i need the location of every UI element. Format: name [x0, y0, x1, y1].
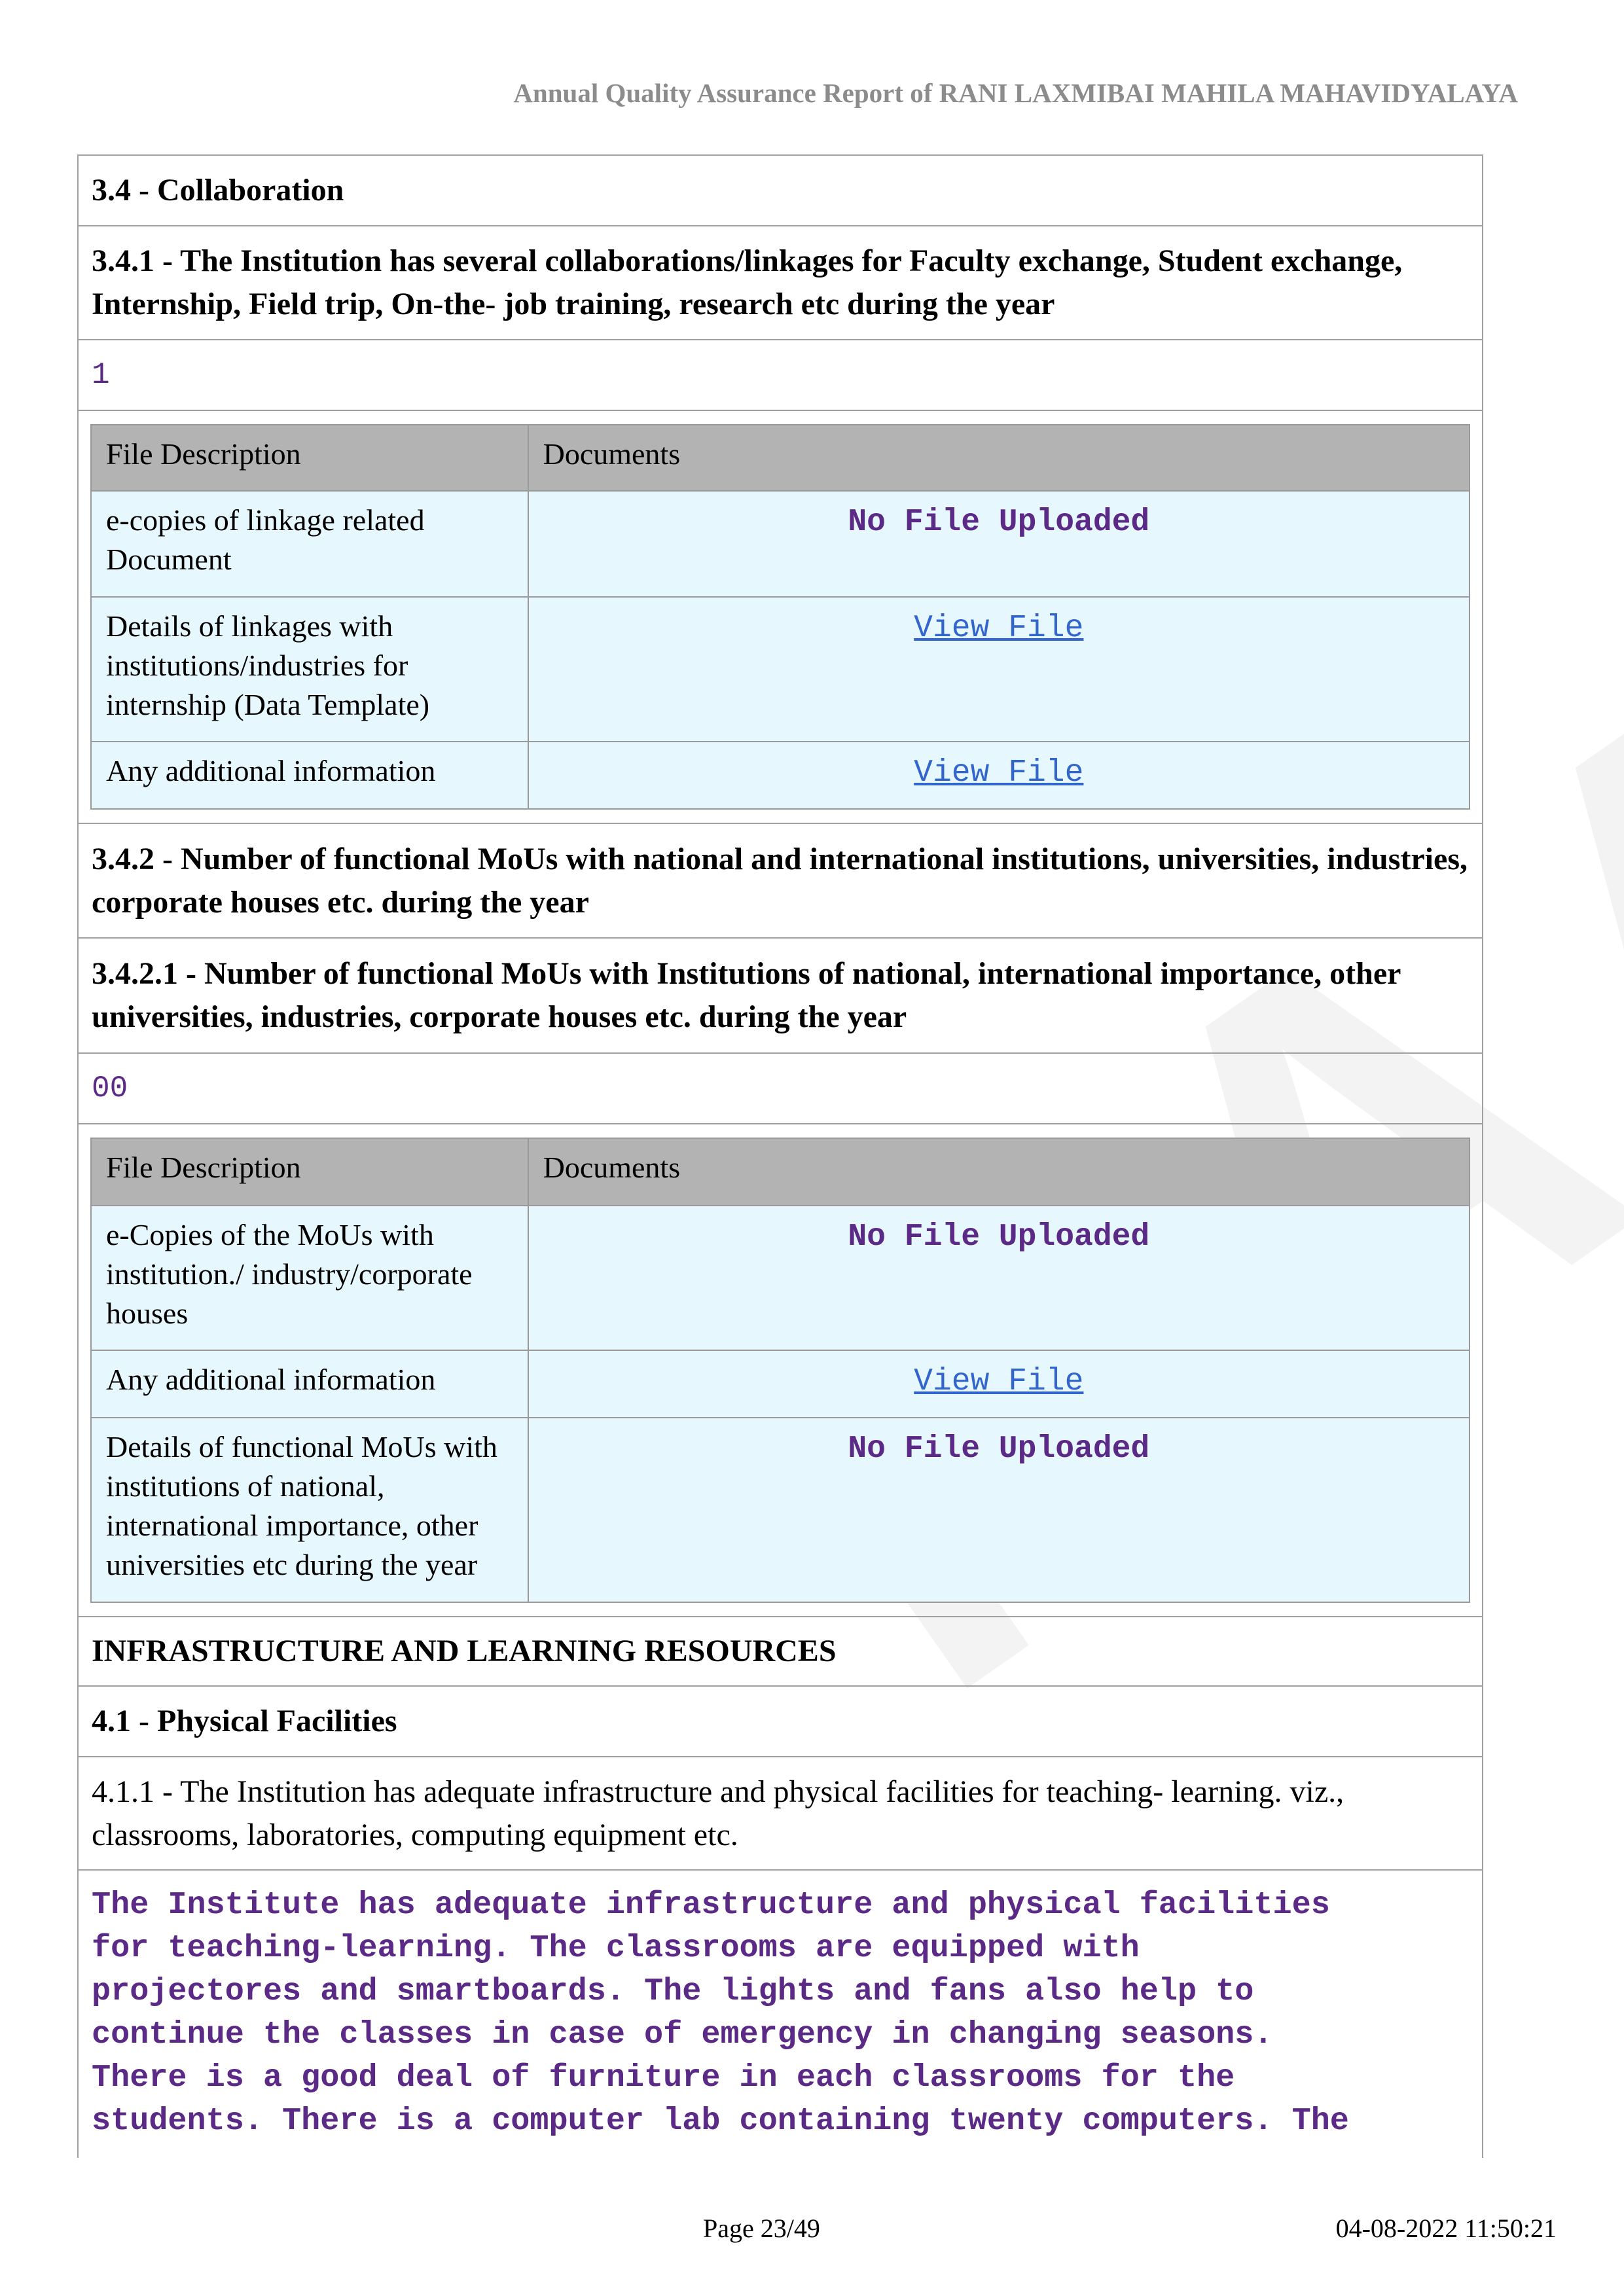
document-cell: No File Uploaded [528, 1206, 1470, 1350]
document-cell: No File Uploaded [528, 491, 1470, 597]
view-file-link[interactable]: View File [914, 611, 1083, 646]
metric-value: 00 [92, 1067, 128, 1110]
table-row: e-Copies of the MoUs with institution./ … [91, 1206, 1470, 1350]
generated-timestamp: 04-08-2022 11:50:21 [1336, 2213, 1557, 2244]
section-4-1-heading: 4.1 - Physical Facilities [79, 1687, 1482, 1757]
document-cell: No File Uploaded [528, 1418, 1470, 1602]
metric-title: 3.4.2.1 - Number of functional MoUs with… [92, 952, 1469, 1039]
criterion-heading-infrastructure: INFRASTRUCTURE AND LEARNING RESOURCES [79, 1617, 1482, 1687]
metric-3-4-2-heading: 3.4.2 - Number of functional MoUs with n… [79, 824, 1482, 939]
file-table-3-4-1-wrapper: File Description Documents e-copies of l… [79, 411, 1482, 824]
file-table-3-4-2-1: File Description Documents e-Copies of t… [90, 1138, 1470, 1603]
table-row: Any additional information View File [91, 1350, 1470, 1418]
file-description: Details of linkages with institutions/in… [91, 597, 528, 742]
table-row: Details of linkages with institutions/in… [91, 597, 1470, 742]
col-file-description: File Description [91, 425, 528, 491]
no-file-uploaded: No File Uploaded [848, 1431, 1149, 1467]
col-documents: Documents [528, 1138, 1470, 1206]
metric-4-1-1-response: The Institute has adequate infrastructur… [79, 1871, 1482, 2158]
file-table-3-4-1: File Description Documents e-copies of l… [90, 424, 1470, 810]
table-row: Details of functional MoUs with institut… [91, 1418, 1470, 1602]
file-description: Details of functional MoUs with institut… [91, 1418, 528, 1602]
col-file-description: File Description [91, 1138, 528, 1206]
report-section-table: 3.4 - Collaboration 3.4.1 - The Institut… [77, 154, 1483, 2158]
view-file-link[interactable]: View File [914, 755, 1083, 791]
file-description: e-Copies of the MoUs with institution./ … [91, 1206, 528, 1350]
metric-title: 4.1.1 - The Institution has adequate inf… [92, 1770, 1469, 1857]
section-title: 4.1 - Physical Facilities [92, 1700, 397, 1743]
document-cell: View File [528, 597, 1470, 742]
metric-value: 1 [92, 353, 110, 397]
table-row: Any additional information View File [91, 742, 1470, 809]
table-row: e-copies of linkage related Document No … [91, 491, 1470, 597]
criterion-title: INFRASTRUCTURE AND LEARNING RESOURCES [92, 1630, 837, 1673]
metric-title: 3.4.2 - Number of functional MoUs with n… [92, 838, 1469, 924]
no-file-uploaded: No File Uploaded [848, 505, 1149, 540]
view-file-link[interactable]: View File [914, 1364, 1083, 1399]
page-number: Page 23/49 [703, 2213, 820, 2244]
metric-3-4-1-value: 1 [79, 340, 1482, 411]
table-header-row: File Description Documents [91, 425, 1470, 491]
document-cell: View File [528, 1350, 1470, 1418]
report-header: Annual Quality Assurance Report of RANI … [513, 77, 1518, 109]
file-description: Any additional information [91, 1350, 528, 1418]
metric-4-1-1-heading: 4.1.1 - The Institution has adequate inf… [79, 1757, 1482, 1871]
col-documents: Documents [528, 425, 1470, 491]
metric-3-4-2-1-value: 00 [79, 1054, 1482, 1124]
file-table-3-4-2-1-wrapper: File Description Documents e-Copies of t… [79, 1124, 1482, 1617]
metric-3-4-2-1-heading: 3.4.2.1 - Number of functional MoUs with… [79, 939, 1482, 1054]
no-file-uploaded: No File Uploaded [848, 1219, 1149, 1255]
metric-title: 3.4.1 - The Institution has several coll… [92, 240, 1469, 326]
section-title: 3.4 - Collaboration [92, 169, 344, 212]
section-3-4-heading: 3.4 - Collaboration [79, 156, 1482, 226]
file-description: e-copies of linkage related Document [91, 491, 528, 597]
metric-3-4-1-heading: 3.4.1 - The Institution has several coll… [79, 226, 1482, 340]
table-header-row: File Description Documents [91, 1138, 1470, 1206]
file-description: Any additional information [91, 742, 528, 809]
document-cell: View File [528, 742, 1470, 809]
